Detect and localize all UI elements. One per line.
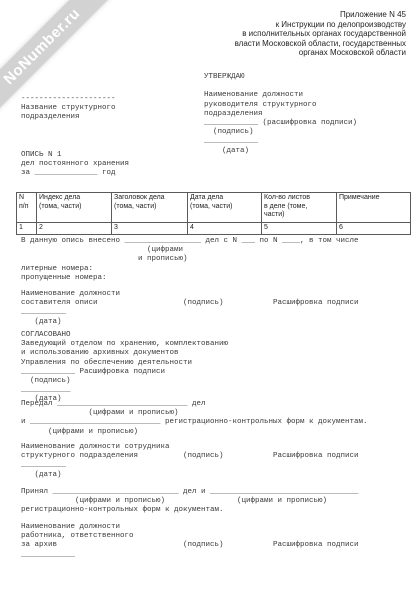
appendix-header-line: органах Московской области xyxy=(235,48,406,58)
inventory-table: N п/п Индекс дела (тома, части) Заголово… xyxy=(16,192,411,235)
agreed-block: СОГЛАСОВАНО Заведующий отделом по хранен… xyxy=(21,331,228,405)
appendix-header-line: Приложение N 45 xyxy=(235,10,406,20)
document-page: NoNumber.ru Приложение N 45 к Инструкции… xyxy=(0,0,420,600)
column-header-note: Примечание xyxy=(337,193,411,223)
handover-block: Передал _____________________________ де… xyxy=(21,400,368,437)
column-header-index: Индекс дела (тома, части) xyxy=(37,193,112,223)
table-cell: 4 xyxy=(188,223,262,235)
table-cell: 3 xyxy=(112,223,188,235)
appendix-header-line: к Инструкции по делопроизводству xyxy=(235,20,406,30)
compiler-signature-block: Наименование должности составителя описи… xyxy=(21,290,359,327)
table-row: 1 2 3 4 5 6 xyxy=(17,223,411,235)
table-cell: 2 xyxy=(37,223,112,235)
appendix-header: Приложение N 45 к Инструкции по делопрои… xyxy=(235,10,406,58)
archivist-signature-block: Наименование должности работника, ответс… xyxy=(21,523,359,560)
approval-signature-block: УТВЕРЖДАЮ Наименование должности руковод… xyxy=(204,73,357,156)
column-header-sheets: Кол-во листов в деле (томе, части) xyxy=(262,193,337,223)
received-block: Принял ____________________________ дел … xyxy=(21,488,359,516)
employee-signature-block: Наименование должности сотрудника структ… xyxy=(21,443,359,480)
table-header-row: N п/п Индекс дела (тома, части) Заголово… xyxy=(17,193,411,223)
column-header-date: Дата дела (тома, части) xyxy=(188,193,262,223)
entry-count-block: В данную опись внесено _________________… xyxy=(21,237,359,283)
table-cell: 5 xyxy=(262,223,337,235)
table-cell: 6 xyxy=(337,223,411,235)
column-header-title: Заголовок дела (тома, части) xyxy=(112,193,188,223)
department-name-block: --------------------- Название структурн… xyxy=(21,95,116,123)
inventory-title-block: ОПИСЬ N 1 дел постоянного хранения за __… xyxy=(21,151,129,179)
appendix-header-line: в исполнительных органах государственной xyxy=(235,29,406,39)
appendix-header-line: власти Московской области, государственн… xyxy=(235,39,406,49)
column-header-number: N п/п xyxy=(17,193,37,223)
table-cell: 1 xyxy=(17,223,37,235)
